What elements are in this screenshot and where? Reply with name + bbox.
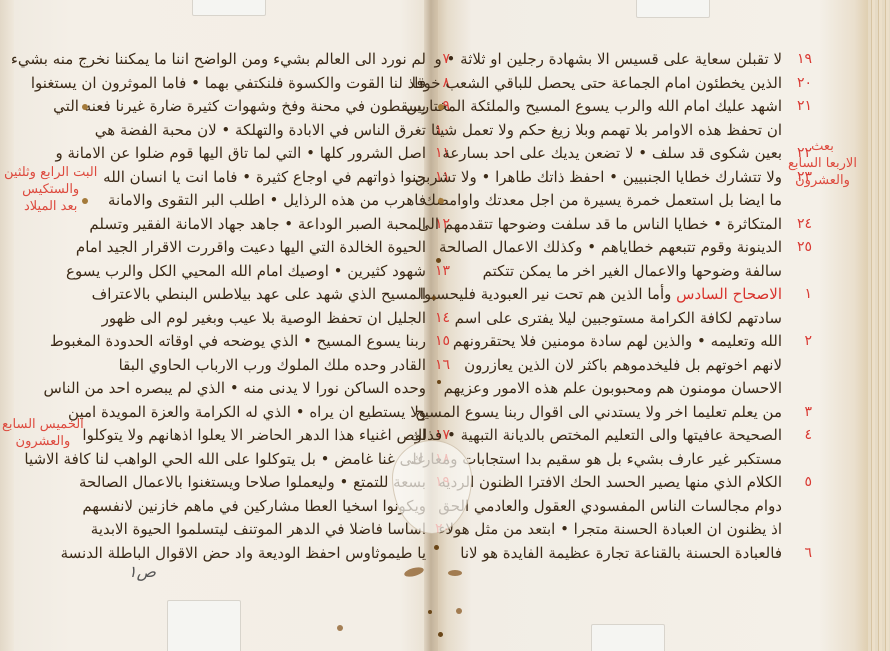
manuscript-line: شهود كثيرين • اوصيك امام الله المحيي الك… (96, 260, 426, 284)
manuscript-line: فاهرب من هذه الرذايل • اطلب البر التقوى … (96, 189, 426, 213)
manuscript-line: مستكبر غير عارف بشيء بل هو سقيم بدا استج… (452, 448, 782, 472)
manuscript-line: ربنا يسوع المسيح • الذي يوضحه في اوقاته … (96, 330, 426, 354)
wormhole (428, 610, 432, 614)
manuscript-line: القادر وحده ملك الملوك ورب الارباب الحاو… (96, 354, 426, 378)
mounting-tab-top-left (192, 0, 266, 16)
line-text: ما ايضا بل استعمل خمرة يسيرة من اجل معدت… (452, 189, 782, 213)
verse-number: ١٦ (435, 354, 450, 378)
manuscript-line: لم نورد الى العالم بشيء ومن الواضح اننا … (96, 48, 426, 72)
manuscript-line: بعين شكوى قد سلف • لا تضعن يديك على احد … (452, 142, 782, 166)
manuscript-line: لانهم اخوتهم بل فليخدموهم باكثر لان الذي… (452, 354, 782, 378)
manuscript-line: ان تحفظ هذه الاوامر بلا تهمم وبلا زيغ حك… (452, 119, 782, 143)
line-text: لانهم اخوتهم بل فليخدموهم باكثر لان الذي… (452, 354, 782, 378)
line-text: ربنا يسوع المسيح • الذي يوضحه في اوقاته … (96, 330, 426, 354)
line-text: شهود كثيرين • اوصيك امام الله المحيي الك… (96, 260, 426, 284)
verse-number: ١٤ (435, 307, 450, 331)
margin-note-line: بعث (788, 138, 857, 155)
manuscript-line: جنوا ذواتهم في اوجاع كثيرة • فاما انت يا… (96, 166, 426, 190)
line-text: المتكاثرة • خطايا الناس ما قد سلفت وضوحه… (452, 213, 782, 237)
manuscript-line: بسعة للتمتع • وليعملوا صلاحا ويستغنوا با… (96, 471, 426, 495)
line-text: فاذ لنا القوت والكسوة فلنكتفي بهما • فام… (96, 72, 426, 96)
margin-note-line: الاربعا السابع (788, 155, 857, 172)
margin-note-line: والستكيس (4, 181, 97, 198)
line-text: لم نورد الى العالم بشيء ومن الواضح اننا … (96, 48, 426, 72)
line-text: الجليل ان تحفظ الوصية بلا عيب وبغير لوم … (96, 307, 426, 331)
margin-dot (82, 104, 88, 110)
right-margin-note: بعث الاربعا السابع والعشرون (788, 138, 857, 189)
line-text: ان تحفظ هذه الاوامر بلا تهمم وبلا زيغ حك… (452, 119, 782, 143)
line-text: اصل الشرور كلها • التي لما تاق اليها قوم… (96, 142, 426, 166)
left-margin-note-1: البت الرابع وثلثين والستكيس بعد الميلاد (4, 164, 97, 215)
verse-number: ٤ (804, 424, 812, 448)
manuscript-line: الدينونة وقوم تتبعهم خطاياهم • وكذلك الا… (452, 236, 782, 260)
manuscript-line: وحده الساكن نورا لا يدنى منه • الذي لم ي… (96, 377, 426, 401)
line-text: الذين يخطئون امام الجماعة حتى يحصل للباق… (452, 72, 782, 96)
wormhole (438, 632, 443, 637)
wormhole (437, 380, 441, 384)
manuscript-line: من يعلم تعليما اخر ولا يستدني الى اقوال … (452, 401, 782, 425)
line-text: مستكبر غير عارف بشيء بل هو سقيم بدا استج… (452, 448, 782, 472)
line-text: يسقطون في محنة وفخ وشهوات كثيرة ضارة غير… (96, 95, 426, 119)
wormhole (434, 545, 439, 550)
line-text: الله وتعليمه • والذين لهم سادة مومنين فل… (452, 330, 782, 354)
line-text: بسعة للتمتع • وليعملوا صلاحا ويستغنوا با… (96, 471, 426, 495)
line-text: وحده الساكن نورا لا يدنى منه • الذي لم ي… (96, 377, 426, 401)
line-text: فاهرب من هذه الرذايل • اطلب البر التقوى … (96, 189, 426, 213)
margin-note-line: الخميس السابع (2, 416, 84, 433)
margin-note-line: بعد الميلاد (4, 198, 97, 215)
line-text: ولا تتشارك خطايا الجنبيين • احفظ ذاتك طا… (452, 166, 782, 190)
line-text: اساسا فاضلا في الدهر الموتنف ليتسلموا ال… (96, 518, 426, 542)
line-text: فالعبادة الحسنة بالقناعة تجارة عظيمة الف… (452, 542, 782, 566)
ink-stain (448, 570, 462, 576)
line-text: على غنا غامض • بل يتوكلوا على الله الحي … (96, 448, 426, 472)
right-page-edges (868, 0, 890, 651)
verse-number: ٢٤ (797, 213, 812, 237)
manuscript-line: اوص اغنياء هذا الدهر الحاضر الا يعلوا اذ… (96, 424, 426, 448)
manuscript-spread: لم نورد الى العالم بشيء ومن الواضح اننا … (0, 0, 890, 651)
line-text: بعين شكوى قد سلف • لا تضعن يديك على احد … (452, 142, 782, 166)
verse-number: ١٩ (797, 48, 812, 72)
manuscript-line: الله وتعليمه • والذين لهم سادة مومنين فل… (452, 330, 782, 354)
manuscript-line: الاصحاح السادس وأما الذين هم تحت نير الع… (452, 283, 782, 307)
manuscript-line: المحبة الصبر الوداعة • جاهد جهاد الامانة… (96, 213, 426, 237)
line-text: الاحسان مومنون هم ومحبوبون علم هذه الامو… (452, 377, 782, 401)
ink-stain (456, 608, 462, 614)
manuscript-line: على غنا غامض • بل يتوكلوا على الله الحي … (96, 448, 426, 472)
line-text: الصحيحة عافيتها والى التعليم المختص بالد… (452, 424, 782, 448)
pencil-folio-number: ص١ (128, 562, 156, 581)
manuscript-line: ما ايضا بل استعمل خمرة يسيرة من اجل معدت… (452, 189, 782, 213)
chapter-heading: الاصحاح السادس (671, 285, 782, 303)
verse-number: ٦ (804, 542, 812, 566)
line-text: ولا يستطيع ان يراه • الذي له الكرامة وال… (96, 401, 426, 425)
line-text: جنوا ذواتهم في اوجاع كثيرة • فاما انت يا… (96, 166, 426, 190)
manuscript-line: ولا تتشارك خطايا الجنبيين • احفظ ذاتك طا… (452, 166, 782, 190)
line-text: المحبة الصبر الوداعة • جاهد جهاد الامانة… (96, 213, 426, 237)
verse-number: ٥ (804, 471, 812, 495)
left-margin-note-2: الخميس السابع والعشرون (2, 416, 84, 450)
wormhole (432, 296, 436, 300)
verse-number: ٢٥ (797, 236, 812, 260)
verse-number: ١٣ (435, 260, 450, 284)
mounting-tab-top-right (636, 0, 710, 18)
manuscript-line: فالعبادة الحسنة بالقناعة تجارة عظيمة الف… (452, 542, 782, 566)
line-text: الدينونة وقوم تتبعهم خطاياهم • وكذلك الا… (452, 236, 782, 260)
manuscript-line: اذ يظنون ان العبادة الحسنة متجرا • ابتعد… (452, 518, 782, 542)
line-text: ويكونوا اسخيا العطا مشاركين في ماهم خازن… (96, 495, 426, 519)
margin-note-line: البت الرابع وثلثين (4, 164, 97, 181)
manuscript-line: لا تقبلن سعاية على قسيس الا بشهادة رجلين… (452, 48, 782, 72)
manuscript-line: الجليل ان تحفظ الوصية بلا عيب وبغير لوم … (96, 307, 426, 331)
line-text: لا تقبلن سعاية على قسيس الا بشهادة رجلين… (452, 48, 782, 72)
manuscript-line: تغرق الناس في الابادة والتهلكة • لان محب… (96, 119, 426, 143)
left-page-edge (0, 0, 14, 651)
mounting-tab-bottom-right (591, 624, 665, 651)
manuscript-line: الصحيحة عافيتها والى التعليم المختص بالد… (452, 424, 782, 448)
manuscript-line: الذين يخطئون امام الجماعة حتى يحصل للباق… (452, 72, 782, 96)
margin-note-line: والعشرون (2, 433, 84, 450)
manuscript-line: يسقطون في محنة وفخ وشهوات كثيرة ضارة غير… (96, 95, 426, 119)
margin-note-line: والعشرون (788, 172, 857, 189)
left-page-text-block: لم نورد الى العالم بشيء ومن الواضح اننا … (96, 48, 426, 565)
line-text: اوص اغنياء هذا الدهر الحاضر الا يعلوا اذ… (96, 424, 426, 448)
ink-stain (403, 566, 424, 579)
manuscript-line: اشهد عليك امام الله والرب يسوع المسيح وا… (452, 95, 782, 119)
line-text: سادتهم لكافة الكرامة مستوجبين ليلا يفترى… (452, 307, 782, 331)
line-text: اشهد عليك امام الله والرب يسوع المسيح وا… (452, 95, 782, 119)
wormhole (436, 258, 441, 263)
line-text: الحيوة الخالدة التي اليها دعيت واقررت ال… (96, 236, 426, 260)
line-text: اذ يظنون ان العبادة الحسنة متجرا • ابتعد… (452, 518, 782, 542)
line-text: من يعلم تعليما اخر ولا يستدني الى اقوال … (452, 401, 782, 425)
verse-number: ٢١ (797, 95, 812, 119)
manuscript-line: ويكونوا اسخيا العطا مشاركين في ماهم خازن… (96, 495, 426, 519)
right-page-text-block: لا تقبلن سعاية على قسيس الا بشهادة رجلين… (452, 48, 782, 565)
line-text: دوام مجالسات الناس المفسودي العقول والعا… (452, 495, 782, 519)
manuscript-line: الحيوة الخالدة التي اليها دعيت واقررت ال… (96, 236, 426, 260)
verse-number: ٢٠ (797, 72, 812, 96)
line-text: الكلام الذي منها يصير الحسد الحك الافترا… (452, 471, 782, 495)
manuscript-line: اصل الشرور كلها • التي لما تاق اليها قوم… (96, 142, 426, 166)
manuscript-line: اساسا فاضلا في الدهر الموتنف ليتسلموا ال… (96, 518, 426, 542)
manuscript-line: الاحسان مومنون هم ومحبوبون علم هذه الامو… (452, 377, 782, 401)
manuscript-line: فاذ لنا القوت والكسوة فلنكتفي بهما • فام… (96, 72, 426, 96)
manuscript-line: سالفة وضوحها والاعمال الغير اخر ما يمكن … (452, 260, 782, 284)
manuscript-line: المسيح الذي شهد على عهد بيلاطس البنطي با… (96, 283, 426, 307)
line-text: المسيح الذي شهد على عهد بيلاطس البنطي با… (96, 283, 426, 307)
margin-dot (438, 104, 444, 110)
verse-number: ١٥ (435, 330, 450, 354)
line-text: القادر وحده ملك الملوك ورب الارباب الحاو… (96, 354, 426, 378)
ink-stain (337, 625, 343, 631)
manuscript-line: المتكاثرة • خطايا الناس ما قد سلفت وضوحه… (452, 213, 782, 237)
manuscript-line: دوام مجالسات الناس المفسودي العقول والعا… (452, 495, 782, 519)
verse-number: ٢ (804, 330, 812, 354)
manuscript-line: سادتهم لكافة الكرامة مستوجبين ليلا يفترى… (452, 307, 782, 331)
verse-number: ١ (804, 283, 812, 307)
line-text: سالفة وضوحها والاعمال الغير اخر ما يمكن … (452, 260, 782, 284)
margin-dot (438, 198, 444, 204)
verse-number: ٣ (804, 401, 812, 425)
mounting-tab-bottom-left (167, 600, 241, 651)
line-text: الاصحاح السادس وأما الذين هم تحت نير الع… (452, 283, 782, 307)
manuscript-line: الكلام الذي منها يصير الحسد الحك الافترا… (452, 471, 782, 495)
manuscript-line: ولا يستطيع ان يراه • الذي له الكرامة وال… (96, 401, 426, 425)
line-text: تغرق الناس في الابادة والتهلكة • لان محب… (96, 119, 426, 143)
